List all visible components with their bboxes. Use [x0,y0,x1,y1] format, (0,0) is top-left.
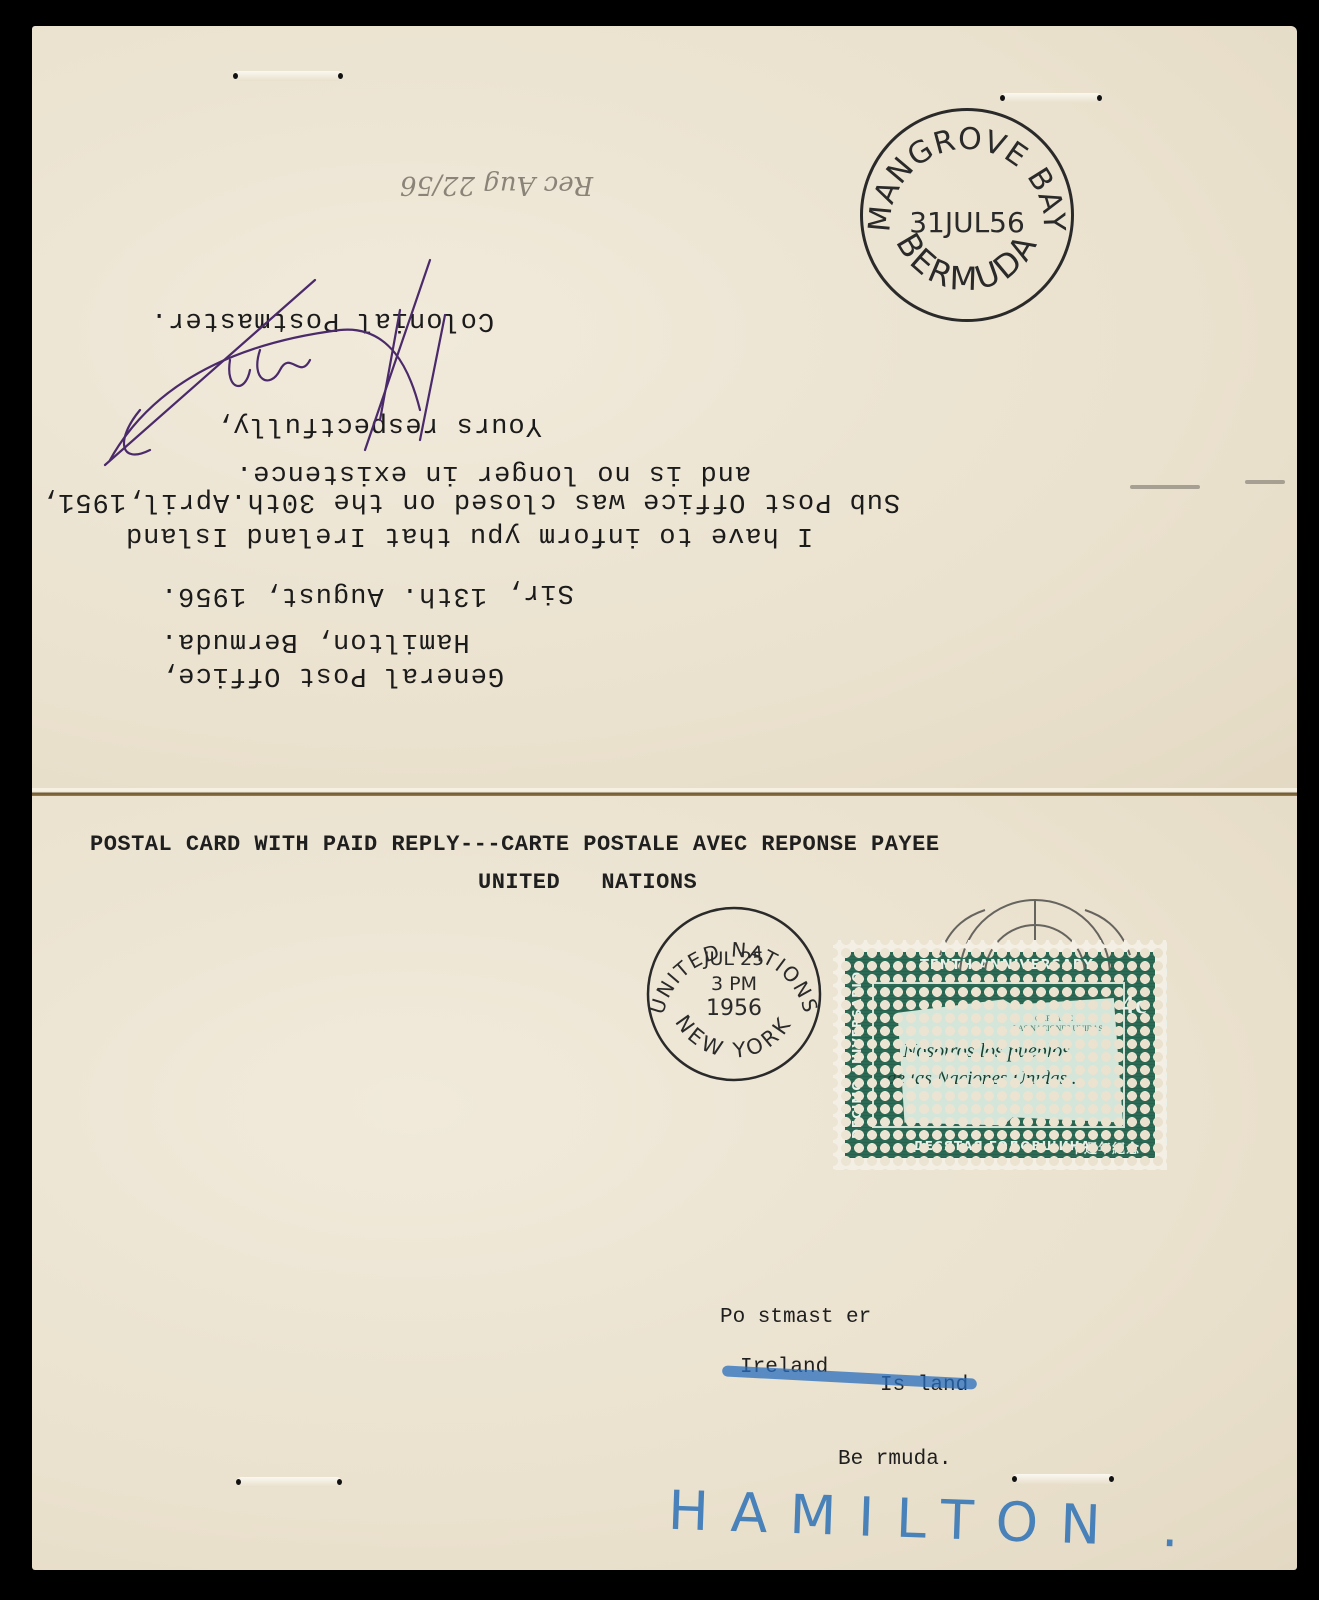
address-recipient: Po stmast er [720,1306,871,1329]
stamp-value: 4c [1121,990,1148,1020]
svg-text:JUL 25: JUL 25 [703,948,764,970]
svg-text:31JUL56: 31JUL56 [909,206,1025,239]
pencil-received-note: Rec Aug 22/56 [400,170,593,200]
postmaster-signature [100,250,450,480]
stamp-book-line-2: de las Naciones Unidas... [887,1068,1081,1090]
stamp-book-caption-1: CARTA DE [1035,1014,1073,1023]
letter-body-line-2: Sub Post Office was closed on the 30th.A… [40,486,900,516]
sender-office: General Post Office, [160,660,504,690]
letter-body-line-1: I have to inform ypu that Ireland Island [125,520,813,550]
staple-hole [233,71,343,81]
staple-hole [1000,93,1102,103]
stamp-book-line-1: Nosotros los pueblos [903,1040,1070,1063]
un-tenth-anniversary-stamp: TENTH ANNIVERSARY DECIMO ANIVERSARIO DIX… [833,940,1167,1170]
offset-smudge [1130,485,1200,489]
stamp-chinese-label: 十週年紀念 [1070,1138,1140,1157]
card-header-united-nations: UNITED NATIONS [478,870,697,895]
postmark-ring: UNITED NATIONS NEW YORK JUL 25 3 PM 1956 [642,902,826,1086]
svg-text:3 PM: 3 PM [711,973,757,995]
offset-smudge [1245,480,1285,484]
card-header-bilingual: POSTAL CARD WITH PAID REPLY---CARTE POST… [90,832,940,857]
letter-salutation: Sir, [505,577,574,607]
staple-hole [1012,1474,1114,1484]
stamp-book-caption-2: LAS NACIONES UNIDAS [1013,1024,1103,1033]
sender-date: 13th. August, 1956. [160,580,487,610]
sender-city: Hamilton, Bermuda. [160,626,470,656]
postmark-ring-text: MANGROVE BAY BERMUDA 31JUL56 [860,108,1074,322]
staple-hole [236,1477,342,1487]
address-country: Be rmuda. [838,1448,951,1471]
stamp-russian-label: ДЕСЯТАЯ ГОДОВЩИНА [913,1139,1091,1153]
stamp-spanish-label: DECIMO ANIVERSARIO [850,971,864,1139]
svg-text:1956: 1956 [706,996,762,1021]
stamp-title: TENTH ANNIVERSARY [920,958,1094,973]
